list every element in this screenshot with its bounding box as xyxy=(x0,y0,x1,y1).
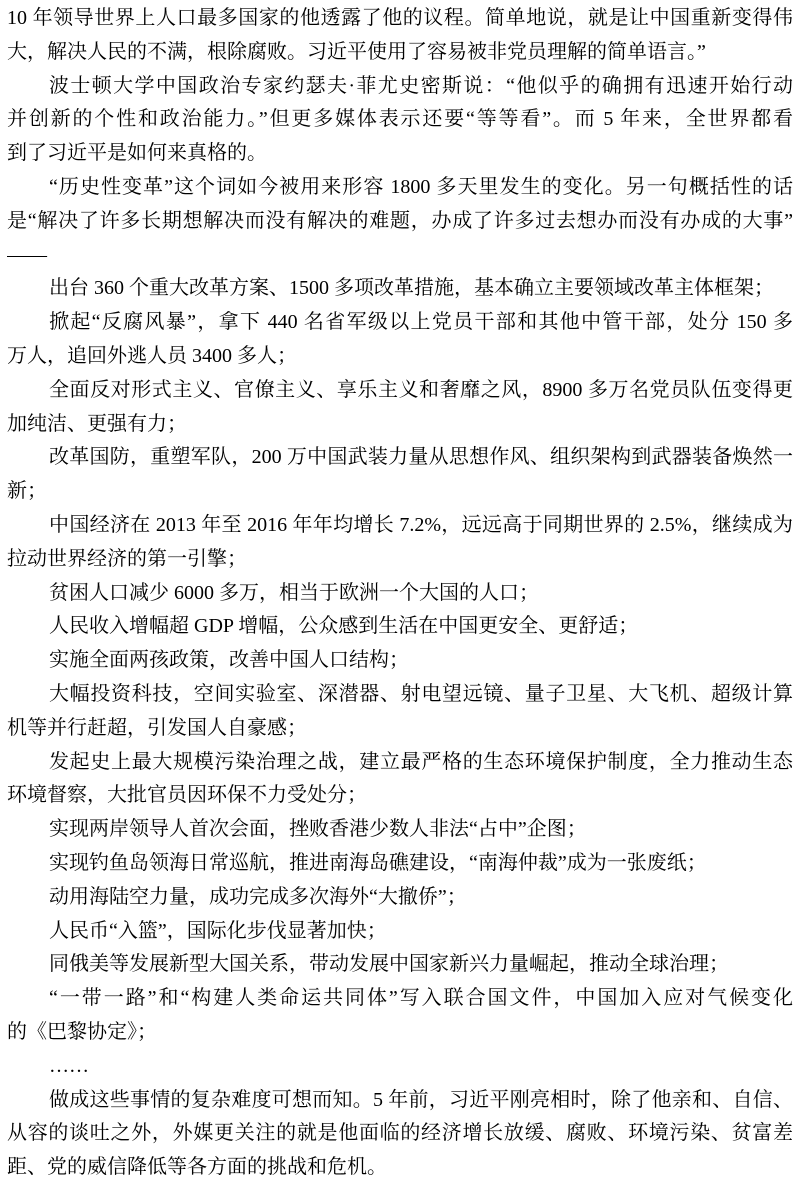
text-line: 环境督察，大批官员因环保不力受处分； xyxy=(7,779,793,813)
text-line: 人民币“入篮”，国际化步伐显著加快； xyxy=(7,915,793,949)
text-line: 做成这些事情的复杂难度可想而知。5 年前，习近平刚亮相时，除了他亲和、自信、 xyxy=(7,1084,793,1118)
text-line: 万人，追回外逃人员 3400 多人； xyxy=(7,340,793,374)
text-line: 拉动世界经济的第一引擎； xyxy=(7,543,793,577)
text-line: 从容的谈吐之外，外媒更关注的就是他面临的经济增长放缓、腐败、环境污染、贫富差 xyxy=(7,1117,793,1151)
text-line: —— xyxy=(7,239,793,273)
text-line: “一带一路”和“构建人类命运共同体”写入联合国文件，中国加入应对气候变化 xyxy=(7,982,793,1016)
text-line: …… xyxy=(7,1050,793,1084)
document-page: 10 年领导世界上人口最多国家的他透露了他的议程。简单地说，就是让中国重新变得伟… xyxy=(0,0,800,1184)
text-line: 大，解决人民的不满，根除腐败。习近平使用了容易被非党员理解的简单语言。” xyxy=(7,36,793,70)
text-line: 新； xyxy=(7,475,793,509)
text-line: 出台 360 个重大改革方案、1500 多项改革措施，基本确立主要领域改革主体框… xyxy=(7,272,793,306)
text-line: 加纯洁、更强有力； xyxy=(7,408,793,442)
text-line: 同俄美等发展新型大国关系，带动发展中国家新兴力量崛起，推动全球治理； xyxy=(7,948,793,982)
text-line: 是“解决了许多长期想解决而没有解决的难题，办成了许多过去想办而没有办成的大事” xyxy=(7,205,793,239)
text-line: 改革国防，重塑军队，200 万中国武装力量从思想作风、组织架构到武器装备焕然一 xyxy=(7,441,793,475)
text-line: 波士顿大学中国政治专家约瑟夫·菲尤史密斯说：“他似乎的确拥有迅速开始行动 xyxy=(7,70,793,104)
text-line: 实现两岸领导人首次会面，挫败香港少数人非法“占中”企图； xyxy=(7,813,793,847)
text-line: “历史性变革”这个词如今被用来形容 1800 多天里发生的变化。另一句概括性的话 xyxy=(7,171,793,205)
text-line: 大幅投资科技，空间实验室、深潜器、射电望远镜、量子卫星、大飞机、超级计算 xyxy=(7,678,793,712)
text-line: 实现钓鱼岛领海日常巡航，推进南海岛礁建设，“南海仲裁”成为一张废纸； xyxy=(7,847,793,881)
text-line: 掀起“反腐风暴”，拿下 440 名省军级以上党员干部和其他中管干部，处分 150… xyxy=(7,306,793,340)
text-line: 实施全面两孩政策，改善中国人口结构； xyxy=(7,644,793,678)
text-line: 全面反对形式主义、官僚主义、享乐主义和奢靡之风，8900 多万名党员队伍变得更 xyxy=(7,374,793,408)
text-line: 中国经济在 2013 年至 2016 年年均增长 7.2%，远远高于同期世界的 … xyxy=(7,509,793,543)
text-line: 人民收入增幅超 GDP 增幅，公众感到生活在中国更安全、更舒适； xyxy=(7,610,793,644)
text-line: 的《巴黎协定》； xyxy=(7,1016,793,1050)
text-line: 机等并行赶超，引发国人自豪感； xyxy=(7,712,793,746)
text-line: 发起史上最大规模污染治理之战，建立最严格的生态环境保护制度，全力推动生态 xyxy=(7,746,793,780)
text-line: 并创新的个性和政治能力。”但更多媒体表示还要“等等看”。而 5 年来，全世界都看 xyxy=(7,103,793,137)
text-line: 贫困人口减少 6000 多万，相当于欧洲一个大国的人口； xyxy=(7,577,793,611)
text-line: 距、党的威信降低等各方面的挑战和危机。 xyxy=(7,1151,793,1184)
text-line: 动用海陆空力量，成功完成多次海外“大撤侨”； xyxy=(7,881,793,915)
text-line: 到了习近平是如何来真格的。 xyxy=(7,137,793,171)
text-line: 10 年领导世界上人口最多国家的他透露了他的议程。简单地说，就是让中国重新变得伟 xyxy=(7,2,793,36)
